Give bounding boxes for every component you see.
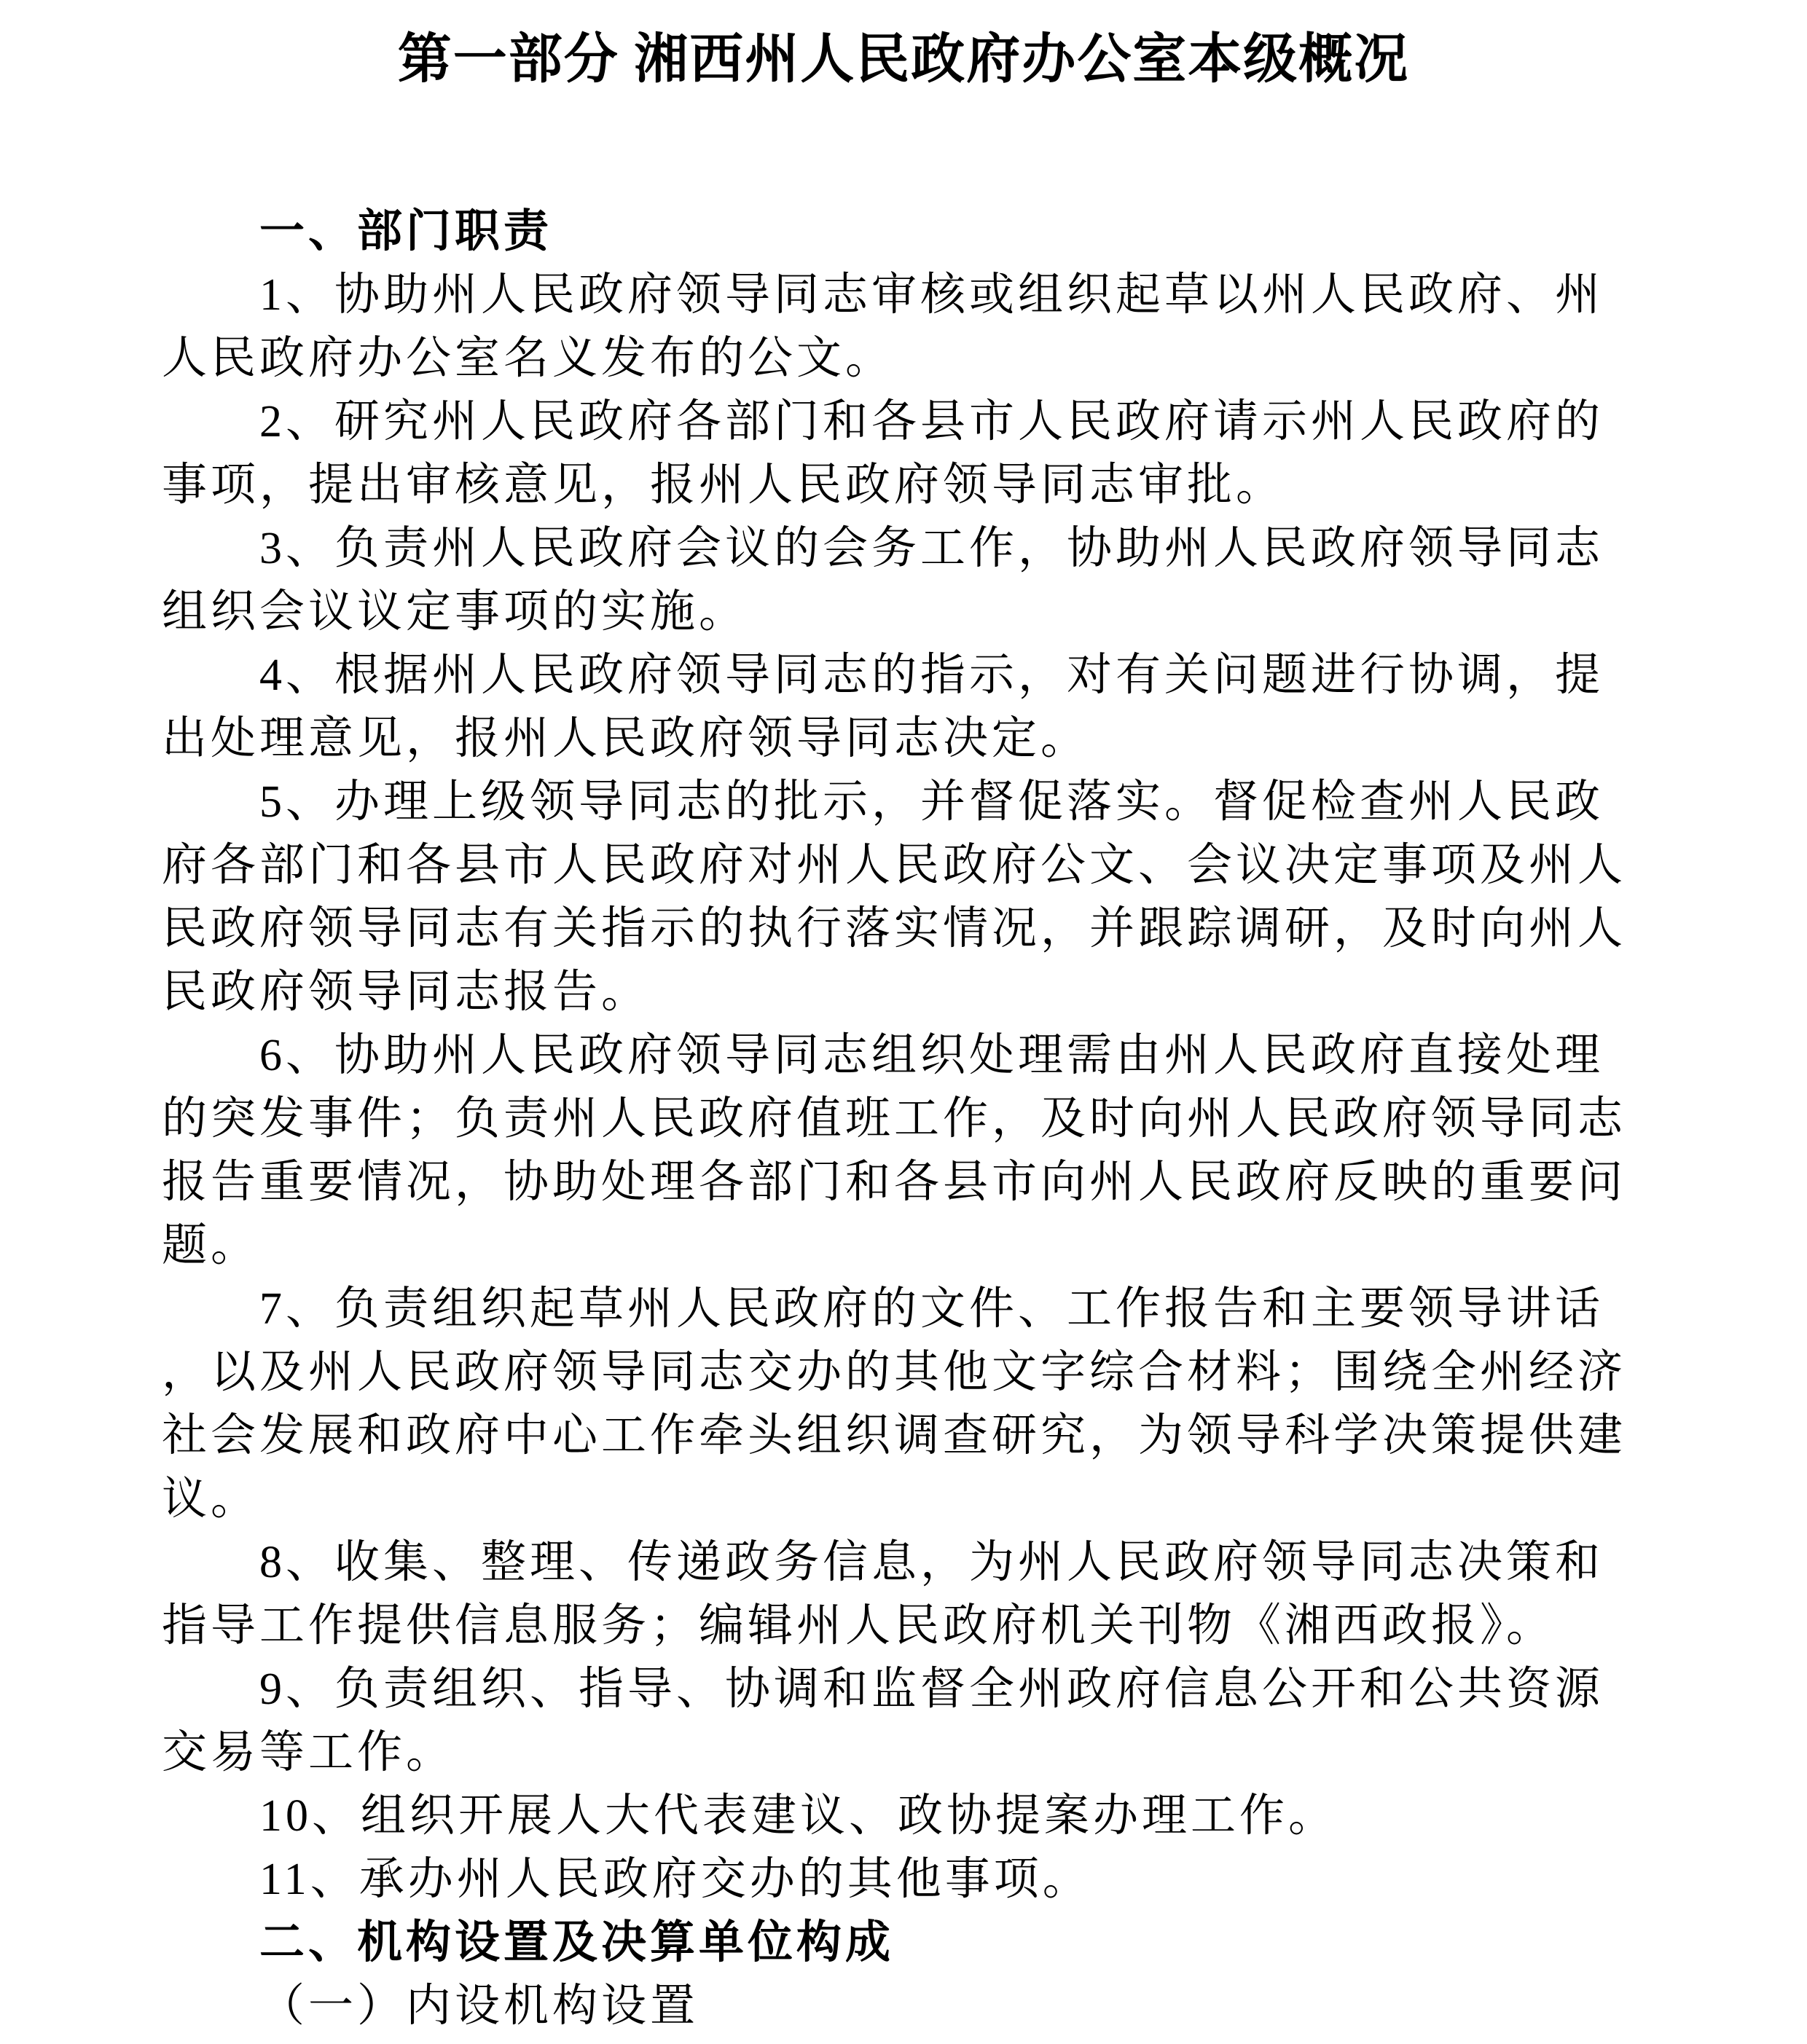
section-heading: 一、部门职责 [162, 200, 1632, 264]
text-line: 出处理意见，报州人民政府领导同志决定。 [162, 707, 1632, 771]
document-body: 一、部门职责1、协助州人民政府领导同志审核或组织起草以州人民政府、州人民政府办公… [162, 200, 1632, 2038]
text-line: 8、收集、整理、传递政务信息，为州人民政府领导同志决策和 [162, 1531, 1632, 1595]
text-line: 11、承办州人民政府交办的其他事项。 [162, 1848, 1632, 1911]
text-line: 民政府领导同志有关指示的执行落实情况，并跟踪调研，及时向州人 [162, 897, 1632, 961]
document-title: 第一部分 湘西州人民政府办公室本级概况 [0, 0, 1807, 96]
text-line: ，以及州人民政府领导同志交办的其他文字综合材料；围绕全州经济 [162, 1341, 1632, 1404]
text-line: 7、负责组织起草州人民政府的文件、工作报告和主要领导讲话 [162, 1278, 1632, 1341]
document-page: 第一部分 湘西州人民政府办公室本级概况 一、部门职责1、协助州人民政府领导同志审… [0, 0, 1807, 2044]
text-line: 题。 [162, 1214, 1632, 1278]
text-line: 10、组织开展人大代表建议、政协提案办理工作。 [162, 1785, 1632, 1848]
text-line: 3、负责州人民政府会议的会务工作，协助州人民政府领导同志 [162, 517, 1632, 581]
text-line: 社会发展和政府中心工作牵头组织调查研究，为领导科学决策提供建 [162, 1404, 1632, 1468]
text-line: 人民政府办公室名义发布的公文。 [162, 327, 1632, 390]
text-line: 交易等工作。 [162, 1721, 1632, 1785]
text-line: 府各部门和各县市人民政府对州人民政府公文、会议决定事项及州人 [162, 834, 1632, 897]
text-line: （一）内设机构设置 [162, 1975, 1632, 2038]
text-line: 2、研究州人民政府各部门和各县市人民政府请示州人民政府的 [162, 390, 1632, 454]
text-line: 民政府领导同志报告。 [162, 961, 1632, 1024]
text-line: 指导工作提供信息服务；编辑州人民政府机关刊物《湘西政报》。 [162, 1595, 1632, 1658]
text-line: 1、协助州人民政府领导同志审核或组织起草以州人民政府、州 [162, 264, 1632, 327]
text-line: 4、根据州人民政府领导同志的指示，对有关问题进行协调，提 [162, 644, 1632, 707]
text-line: 组织会议议定事项的实施。 [162, 581, 1632, 644]
text-line: 9、负责组织、指导、协调和监督全州政府信息公开和公共资源 [162, 1658, 1632, 1721]
text-line: 事项，提出审核意见，报州人民政府领导同志审批。 [162, 454, 1632, 517]
text-line: 5、办理上级领导同志的批示，并督促落实。督促检查州人民政 [162, 771, 1632, 834]
text-line: 6、协助州人民政府领导同志组织处理需由州人民政府直接处理 [162, 1024, 1632, 1088]
text-line: 报告重要情况，协助处理各部门和各县市向州人民政府反映的重要问 [162, 1151, 1632, 1214]
text-line: 议。 [162, 1468, 1632, 1531]
text-line: 的突发事件；负责州人民政府值班工作，及时向州人民政府领导同志 [162, 1088, 1632, 1151]
section-heading: 二、机构设置及决算单位构成 [162, 1911, 1632, 1975]
